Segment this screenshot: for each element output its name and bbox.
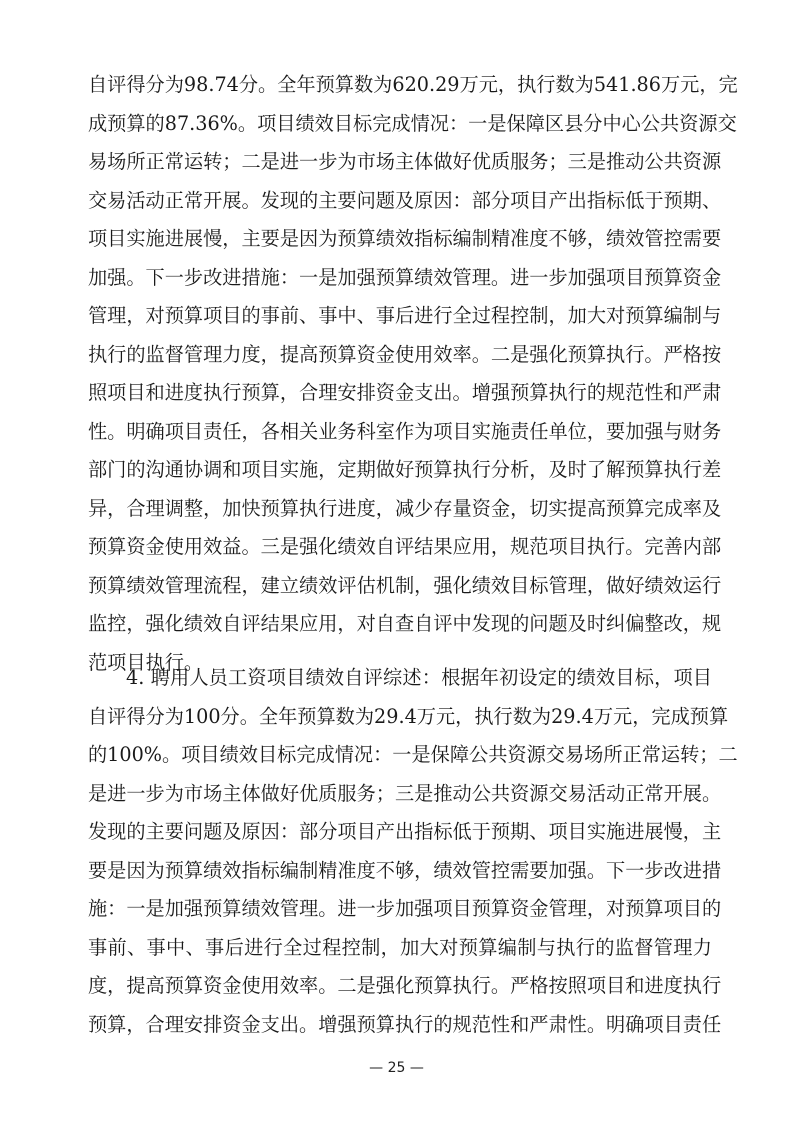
text-line: 施：一是加强预算绩效管理。进一步加强项目预算资金管理，对预算项目的 xyxy=(88,894,712,924)
page-number: — 25 — xyxy=(0,1060,793,1076)
text-line: 监控，强化绩效自评结果应用，对自查自评中发现的问题及时纠偏整改，规 xyxy=(88,609,712,639)
text-line: 部门的沟通协调和项目实施，定期做好预算执行分析，及时了解预算执行差 xyxy=(88,455,712,485)
text-line: 自评得分为98.74分。全年预算数为620.29万元，执行数为541.86万元，… xyxy=(88,70,712,100)
text-line: 执行的监督管理力度，提高预算资金使用效率。二是强化预算执行。严格按 xyxy=(88,340,712,370)
text-line: 要是因为预算绩效指标编制精准度不够，绩效管控需要加强。下一步改进措 xyxy=(88,856,712,886)
text-line: 易场所正常运转；二是进一步为市场主体做好优质服务；三是推动公共资源 xyxy=(88,147,712,177)
text-line: 异，合理调整，加快预算执行进度，减少存量资金，切实提高预算完成率及 xyxy=(88,494,712,524)
text-line: 照项目和进度执行预算，合理安排资金支出。增强预算执行的规范性和严肃 xyxy=(88,378,712,408)
text-line: 是进一步为市场主体做好优质服务；三是推动公共资源交易活动正常开展。 xyxy=(88,779,712,809)
text-line: 交易活动正常开展。发现的主要问题及原因：部分项目产出指标低于预期、 xyxy=(88,186,712,216)
text-line: 度，提高预算资金使用效率。二是强化预算执行。严格按照项目和进度执行 xyxy=(88,971,712,1001)
text-line: 预算绩效管理流程，建立绩效评估机制，强化绩效目标管理，做好绩效运行 xyxy=(88,571,712,601)
text-line: 自评得分为100分。全年预算数为29.4万元，执行数为29.4万元，完成预算 xyxy=(88,702,712,732)
text-line: 4. 聘用人员工资项目绩效自评综述：根据年初设定的绩效目标，项目 xyxy=(126,663,712,693)
text-line: 管理，对预算项目的事前、事中、事后进行全过程控制，加大对预算编制与 xyxy=(88,301,712,331)
text-line: 事前、事中、事后进行全过程控制，加大对预算编制与执行的监督管理力 xyxy=(88,933,712,963)
text-line: 成预算的87.36%。项目绩效目标完成情况：一是保障区县分中心公共资源交 xyxy=(88,109,712,139)
document-page: 自评得分为98.74分。全年预算数为620.29万元，执行数为541.86万元，… xyxy=(0,0,793,1122)
text-line: 项目实施进展慢，主要是因为预算绩效指标编制精准度不够，绩效管控需要 xyxy=(88,224,712,254)
text-line: 预算资金使用效益。三是强化绩效自评结果应用，规范项目执行。完善内部 xyxy=(88,532,712,562)
text-line: 发现的主要问题及原因：部分项目产出指标低于预期、项目实施进展慢，主 xyxy=(88,817,712,847)
text-line: 加强。下一步改进措施：一是加强预算绩效管理。进一步加强项目预算资金 xyxy=(88,263,712,293)
text-line: 的100%。项目绩效目标完成情况：一是保障公共资源交易场所正常运转；二 xyxy=(88,740,712,770)
text-line: 性。明确项目责任，各相关业务科室作为项目实施责任单位，要加强与财务 xyxy=(88,417,712,447)
text-line: 预算，合理安排资金支出。增强预算执行的规范性和严肃性。明确项目责任 xyxy=(88,1010,712,1040)
